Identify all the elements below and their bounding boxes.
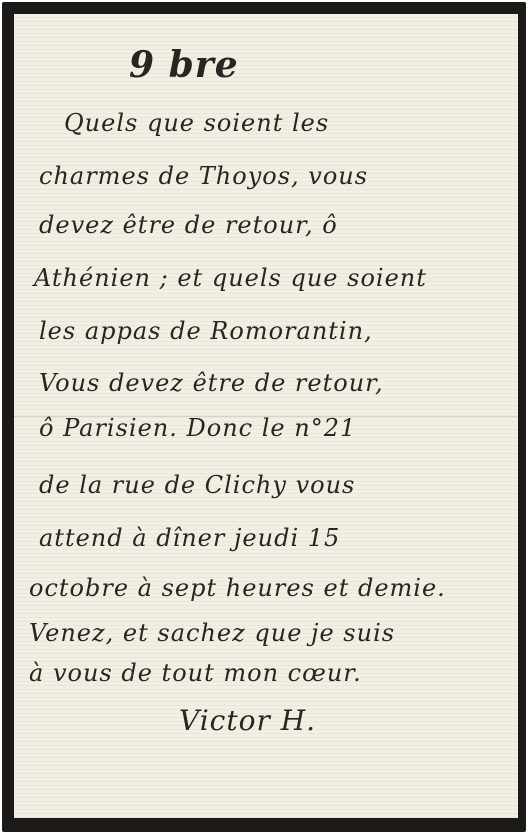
letter-line: charmes de Thoyos, vous bbox=[39, 162, 368, 190]
letter-date: 9 bre bbox=[129, 44, 239, 86]
letter-line: à vous de tout mon cœur. bbox=[29, 659, 362, 687]
letter-paper: 9 bre Quels que soient les charmes de Th… bbox=[14, 14, 518, 818]
letter-line: Athénien ; et quels que soient bbox=[34, 264, 427, 292]
signature: Victor H. bbox=[179, 704, 316, 737]
letter-line: Quels que soient les bbox=[64, 109, 329, 137]
letter-line: de la rue de Clichy vous bbox=[39, 471, 355, 499]
letter-line: Vous devez être de retour, bbox=[39, 369, 384, 397]
letter-line: Venez, et sachez que je suis bbox=[29, 619, 395, 647]
letter-sheet: 9 bre Quels que soient les charmes de Th… bbox=[2, 2, 526, 832]
letter-line: octobre à sept heures et demie. bbox=[29, 574, 446, 602]
letter-line: attend à dîner jeudi 15 bbox=[39, 524, 340, 552]
letter-line: ô Parisien. Donc le n°21 bbox=[39, 414, 356, 442]
letter-line: les appas de Romorantin, bbox=[39, 317, 373, 345]
letter-line: devez être de retour, ô bbox=[39, 211, 338, 239]
